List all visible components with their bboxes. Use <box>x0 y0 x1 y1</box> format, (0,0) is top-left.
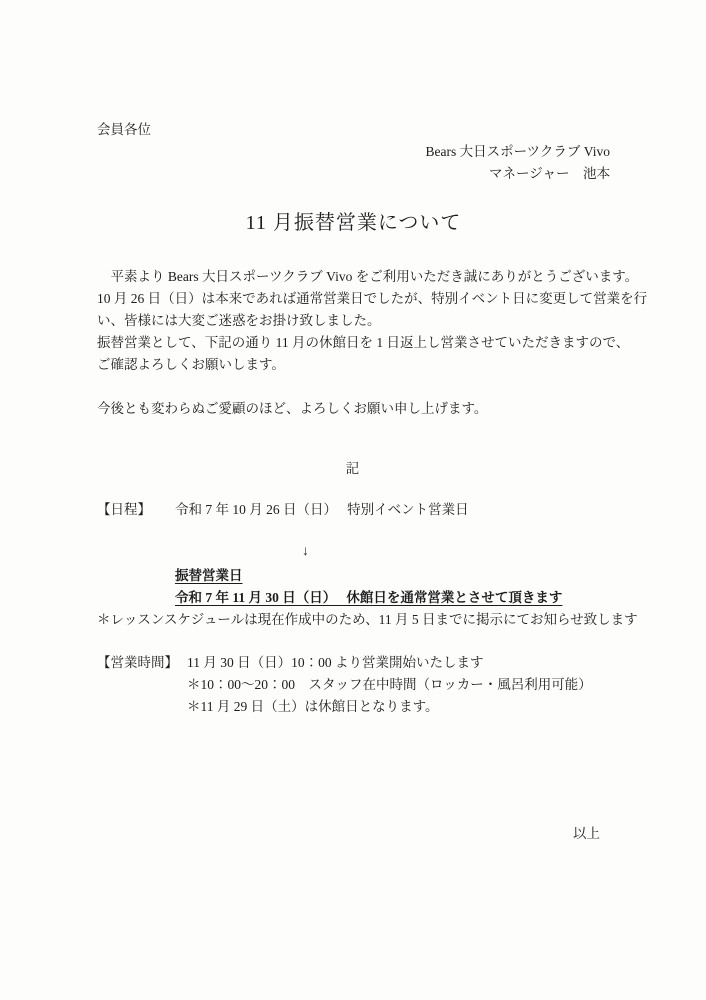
intro-line: 振替営業として、下記の通り 11 月の休館日を 1 日返上し営業させていただきま… <box>97 332 610 354</box>
hours-opening: 11 月 30 日（日）10：00 より営業開始いたします <box>187 655 484 670</box>
intro-line: い、皆様には大変ご迷惑をお掛け致しました。 <box>97 310 610 332</box>
intro-line: 平素より Bears 大日スポーツクラブ Vivo をご利用いただき誠にありがと… <box>97 266 610 288</box>
arrow-row: ↓ <box>49 541 562 563</box>
sender-block: Bears 大日スポーツクラブ Vivo マネージャー 池本 <box>97 141 610 185</box>
regards-line: 今後とも変わらぬご愛顧のほど、よろしくお願い申し上げます。 <box>97 398 610 420</box>
lesson-schedule-note: ＊レッスンスケジュールは現在作成中のため、11 月 5 日までに掲示にてお知らせ… <box>97 609 610 631</box>
substitute-date: 令和 7 年 11 月 30 日（日） 休館日を通常営業とさせて頂きます <box>175 587 610 609</box>
substitute-heading: 振替営業日 <box>175 565 610 587</box>
schedule-original-date: 令和 7 年 10 月 26 日（日） 特別イベント営業日 <box>175 502 469 517</box>
page-title: 11 月振替営業について <box>97 208 610 238</box>
substitute-business-block: 振替営業日 令和 7 年 11 月 30 日（日） 休館日を通常営業とさせて頂き… <box>175 565 610 609</box>
schedule-row: 【日程】令和 7 年 10 月 26 日（日） 特別イベント営業日 <box>97 499 610 521</box>
arrow-down-icon: ↓ <box>302 544 309 559</box>
schedule-label: 【日程】 <box>97 499 175 521</box>
recipient-line: 会員各位 <box>97 119 610 141</box>
intro-paragraph: 平素より Bears 大日スポーツクラブ Vivo をご利用いただき誠にありがと… <box>97 266 610 376</box>
sender-name: マネージャー 池本 <box>97 163 610 185</box>
ki-record-marker: 記 <box>97 458 610 480</box>
organization-name: Bears 大日スポーツクラブ Vivo <box>97 141 610 163</box>
closing-ijou: 以上 <box>97 823 610 845</box>
hours-label: 【営業時間】 <box>97 652 187 674</box>
hours-closed-day: ＊11 月 29 日（土）は休館日となります。 <box>187 696 610 718</box>
intro-line: ご確認よろしくお願いします。 <box>97 354 610 376</box>
hours-row: 【営業時間】11 月 30 日（日）10：00 より営業開始いたします <box>97 652 610 674</box>
scanned-letter-page: 会員各位 Bears 大日スポーツクラブ Vivo マネージャー 池本 11 月… <box>0 0 706 1000</box>
hours-staff-time: ＊10：00～20：00 スタッフ在中時間（ロッカー・風呂利用可能） <box>187 674 610 696</box>
intro-line: 10 月 26 日（日）は本来であれば通常営業日でしたが、特別イベント日に変更し… <box>97 288 610 310</box>
business-hours-block: 【営業時間】11 月 30 日（日）10：00 より営業開始いたします ＊10：… <box>97 652 610 718</box>
letter-content: 会員各位 Bears 大日スポーツクラブ Vivo マネージャー 池本 11 月… <box>0 0 706 845</box>
